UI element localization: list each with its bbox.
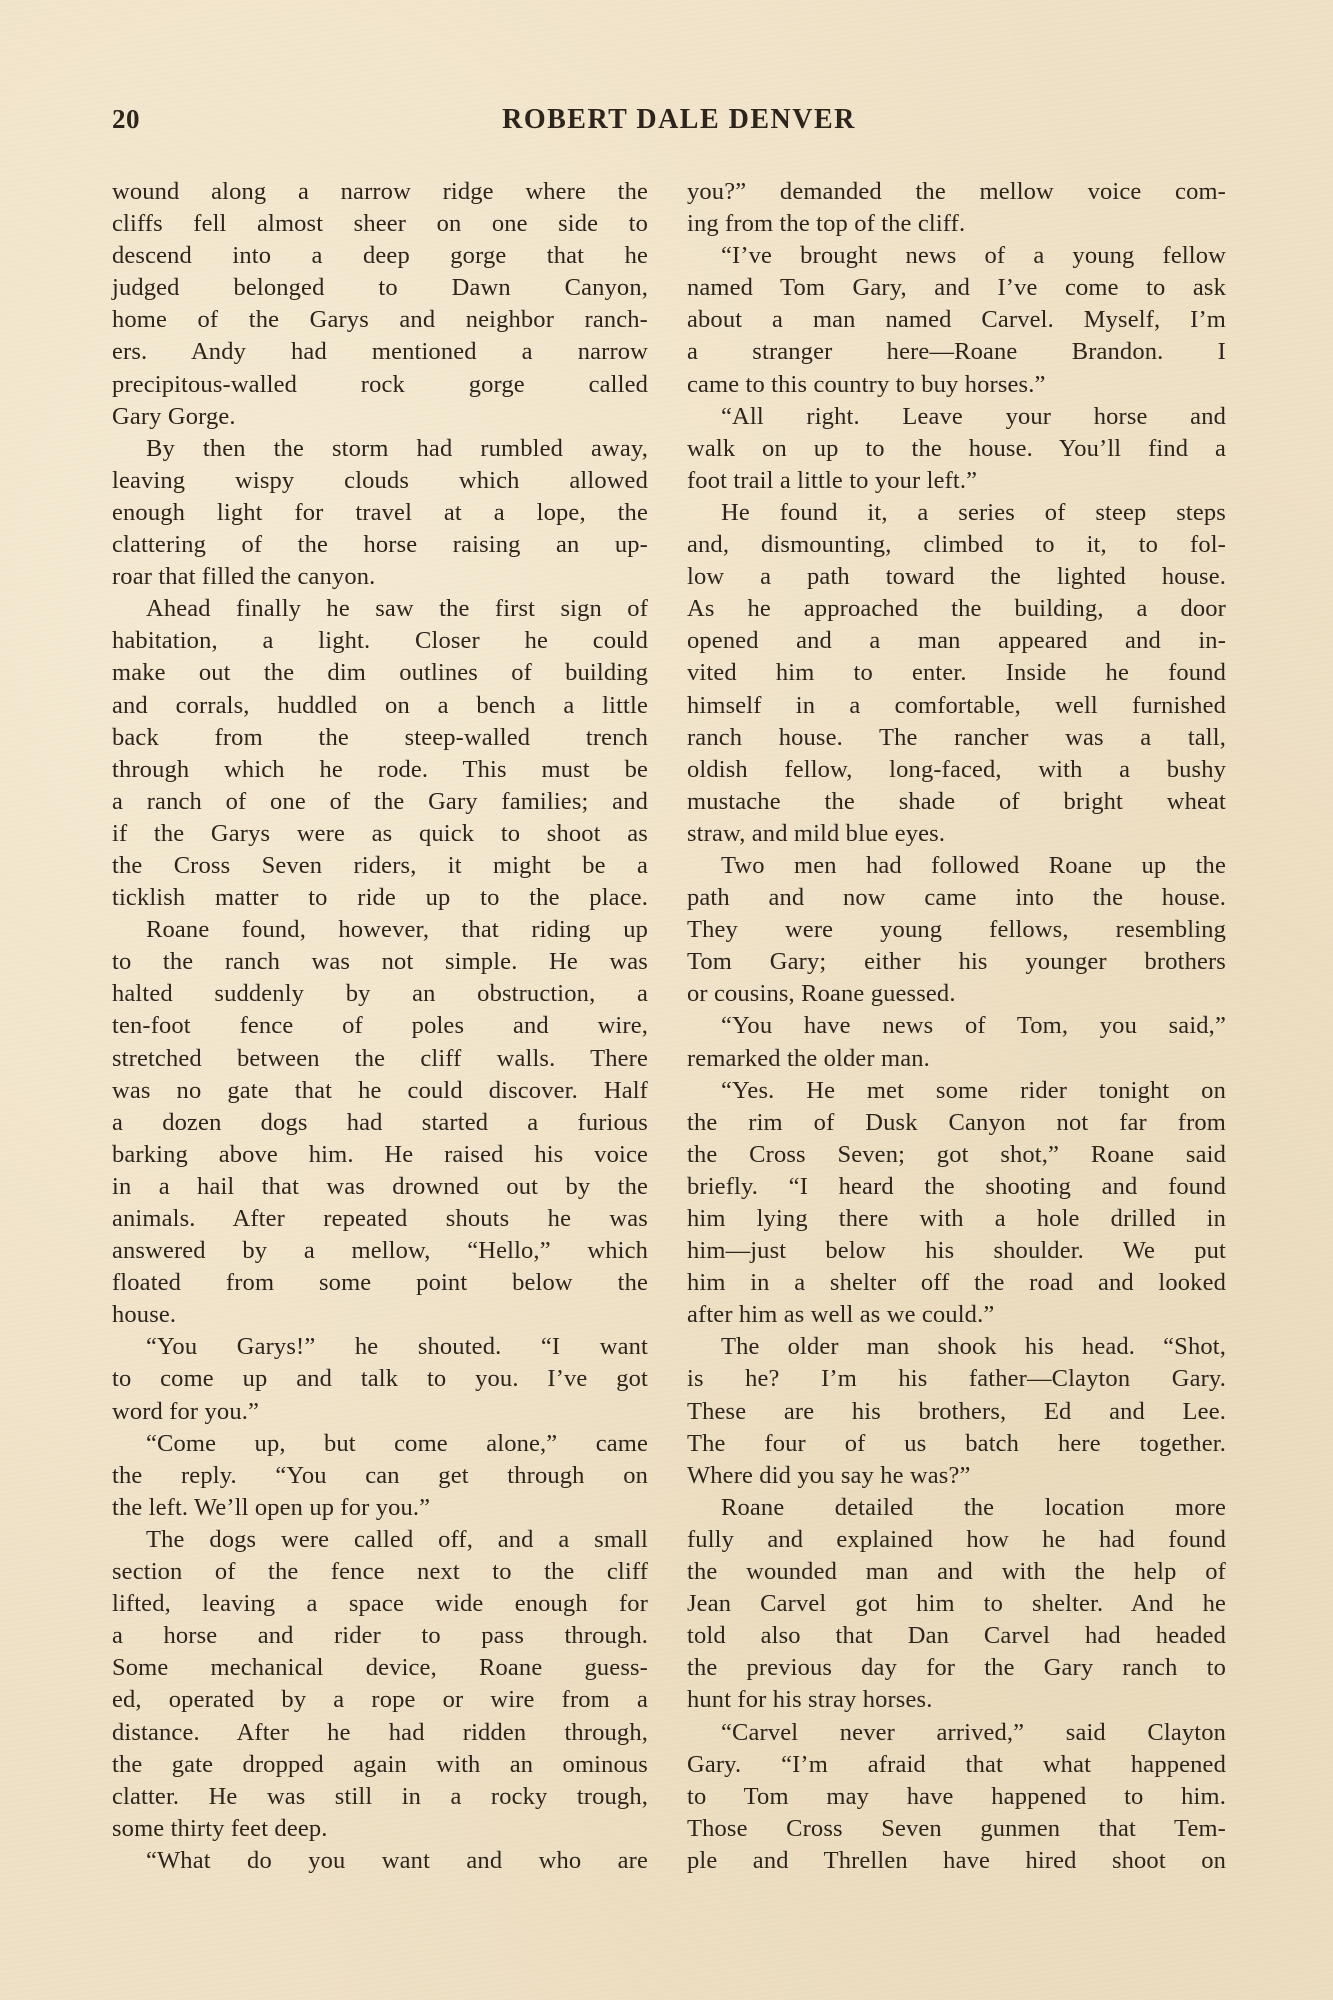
text-line: Gary Gorge. — [112, 401, 648, 433]
text-line: a ranch of one of the Gary families; and — [112, 786, 648, 818]
text-line: a stranger here—Roane Brandon. I — [687, 336, 1226, 368]
text-line: the Cross Seven riders, it might be a — [112, 850, 648, 882]
text-line: hunt for his stray horses. — [687, 1684, 1226, 1716]
text-line: Jean Carvel got him to shelter. And he — [687, 1588, 1226, 1620]
text-line: oldish fellow, long-faced, with a bushy — [687, 754, 1226, 786]
text-line: in a hail that was drowned out by the — [112, 1171, 648, 1203]
text-line: lifted, leaving a space wide enough for — [112, 1588, 648, 1620]
text-line: about a man named Carvel. Myself, I’m — [687, 304, 1226, 336]
text-line: answered by a mellow, “Hello,” which — [112, 1235, 648, 1267]
text-line: foot trail a little to your left.” — [687, 465, 1226, 497]
text-line: distance. After he had ridden through, — [112, 1717, 648, 1749]
text-line: if the Garys were as quick to shoot as — [112, 818, 648, 850]
text-line: the rim of Dusk Canyon not far from — [687, 1107, 1226, 1139]
text-line: cliffs fell almost sheer on one side to — [112, 208, 648, 240]
text-line: Roane detailed the location more — [687, 1492, 1226, 1524]
text-line: “You Garys!” he shouted. “I want — [112, 1331, 648, 1363]
text-line: a dozen dogs had started a furious — [112, 1107, 648, 1139]
text-line: himself in a comfortable, well furnished — [687, 690, 1226, 722]
text-line: low a path toward the lighted house. — [687, 561, 1226, 593]
text-line: told also that Dan Carvel had headed — [687, 1620, 1226, 1652]
text-line: word for you.” — [112, 1396, 648, 1428]
text-line: “You have news of Tom, you said,” — [687, 1010, 1226, 1042]
text-line: leaving wispy clouds which allowed — [112, 465, 648, 497]
text-line: “All right. Leave your horse and — [687, 401, 1226, 433]
text-line: to come up and talk to you. I’ve got — [112, 1363, 648, 1395]
text-line: a horse and rider to pass through. — [112, 1620, 648, 1652]
text-line: barking above him. He raised his voice — [112, 1139, 648, 1171]
text-line: “What do you want and who are — [112, 1845, 648, 1877]
text-line: fully and explained how he had found — [687, 1524, 1226, 1556]
text-line: and, dismounting, climbed to it, to fol- — [687, 529, 1226, 561]
text-line: opened and a man appeared and in- — [687, 625, 1226, 657]
text-line: Ahead finally he saw the first sign of — [112, 593, 648, 625]
text-line: Those Cross Seven gunmen that Tem- — [687, 1813, 1226, 1845]
text-line: roar that filled the canyon. — [112, 561, 648, 593]
left-column: wound along a narrow ridge where theclif… — [112, 176, 648, 1877]
text-line: ing from the top of the cliff. — [687, 208, 1226, 240]
text-line: some thirty feet deep. — [112, 1813, 648, 1845]
text-line: was no gate that he could discover. Half — [112, 1075, 648, 1107]
text-line: after him as well as we could.” — [687, 1299, 1226, 1331]
text-line: ple and Threllen have hired shoot on — [687, 1845, 1226, 1877]
text-line: house. — [112, 1299, 648, 1331]
text-line: floated from some point below the — [112, 1267, 648, 1299]
running-head: 20 ROBERT DALE DENVER — [112, 104, 1226, 144]
text-line: The older man shook his head. “Shot, — [687, 1331, 1226, 1363]
text-line: precipitous-walled rock gorge called — [112, 369, 648, 401]
text-line: The dogs were called off, and a small — [112, 1524, 648, 1556]
text-line: remarked the older man. — [687, 1043, 1226, 1075]
text-line: Roane found, however, that riding up — [112, 914, 648, 946]
text-line: “Carvel never arrived,” said Clayton — [687, 1717, 1226, 1749]
text-line: “Yes. He met some rider tonight on — [687, 1075, 1226, 1107]
text-line: These are his brothers, Ed and Lee. — [687, 1396, 1226, 1428]
text-line: Gary. “I’m afraid that what happened — [687, 1749, 1226, 1781]
text-line: back from the steep-walled trench — [112, 722, 648, 754]
text-line: the left. We’ll open up for you.” — [112, 1492, 648, 1524]
text-line: ers. Andy had mentioned a narrow — [112, 336, 648, 368]
text-line: path and now came into the house. — [687, 882, 1226, 914]
text-line: to Tom may have happened to him. — [687, 1781, 1226, 1813]
text-line: make out the dim outlines of building — [112, 657, 648, 689]
running-title: ROBERT DALE DENVER — [112, 104, 1226, 136]
text-line: descend into a deep gorge that he — [112, 240, 648, 272]
text-line: named Tom Gary, and I’ve come to ask — [687, 272, 1226, 304]
text-line: came to this country to buy horses.” — [687, 369, 1226, 401]
text-line: He found it, a series of steep steps — [687, 497, 1226, 529]
text-line: The four of us batch here together. — [687, 1428, 1226, 1460]
text-line: wound along a narrow ridge where the — [112, 176, 648, 208]
text-line: ed, operated by a rope or wire from a — [112, 1684, 648, 1716]
book-page: 20 ROBERT DALE DENVER wound along a narr… — [0, 0, 1333, 2000]
text-line: ticklish matter to ride up to the place. — [112, 882, 648, 914]
text-line: habitation, a light. Closer he could — [112, 625, 648, 657]
text-line: him in a shelter off the road and looked — [687, 1267, 1226, 1299]
text-line: through which he rode. This must be — [112, 754, 648, 786]
text-line: or cousins, Roane guessed. — [687, 978, 1226, 1010]
text-line: Tom Gary; either his younger brothers — [687, 946, 1226, 978]
text-line: judged belonged to Dawn Canyon, — [112, 272, 648, 304]
text-line: ranch house. The rancher was a tall, — [687, 722, 1226, 754]
text-line: They were young fellows, resembling — [687, 914, 1226, 946]
text-line: the wounded man and with the help of — [687, 1556, 1226, 1588]
text-line: you?” demanded the mellow voice com- — [687, 176, 1226, 208]
text-line: the previous day for the Gary ranch to — [687, 1652, 1226, 1684]
text-line: “I’ve brought news of a young fellow — [687, 240, 1226, 272]
text-line: mustache the shade of bright wheat — [687, 786, 1226, 818]
text-line: home of the Garys and neighbor ranch- — [112, 304, 648, 336]
text-line: As he approached the building, a door — [687, 593, 1226, 625]
text-line: animals. After repeated shouts he was — [112, 1203, 648, 1235]
text-line: Two men had followed Roane up the — [687, 850, 1226, 882]
text-line: straw, and mild blue eyes. — [687, 818, 1226, 850]
text-line: ten-foot fence of poles and wire, — [112, 1010, 648, 1042]
text-line: Where did you say he was?” — [687, 1460, 1226, 1492]
text-line: stretched between the cliff walls. There — [112, 1043, 648, 1075]
text-line: clatter. He was still in a rocky trough, — [112, 1781, 648, 1813]
text-line: him lying there with a hole drilled in — [687, 1203, 1226, 1235]
text-line: clattering of the horse raising an up- — [112, 529, 648, 561]
text-line: Some mechanical device, Roane guess- — [112, 1652, 648, 1684]
right-column: you?” demanded the mellow voice com-ing … — [687, 176, 1226, 1877]
text-line: the Cross Seven; got shot,” Roane said — [687, 1139, 1226, 1171]
text-line: By then the storm had rumbled away, — [112, 433, 648, 465]
text-line: to the ranch was not simple. He was — [112, 946, 648, 978]
text-line: enough light for travel at a lope, the — [112, 497, 648, 529]
text-line: is he? I’m his father—Clayton Gary. — [687, 1363, 1226, 1395]
text-line: “Come up, but come alone,” came — [112, 1428, 648, 1460]
text-line: him—just below his shoulder. We put — [687, 1235, 1226, 1267]
text-line: briefly. “I heard the shooting and found — [687, 1171, 1226, 1203]
text-line: the gate dropped again with an ominous — [112, 1749, 648, 1781]
text-line: halted suddenly by an obstruction, a — [112, 978, 648, 1010]
text-line: and corrals, huddled on a bench a little — [112, 690, 648, 722]
text-line: vited him to enter. Inside he found — [687, 657, 1226, 689]
text-line: walk on up to the house. You’ll find a — [687, 433, 1226, 465]
text-line: section of the fence next to the cliff — [112, 1556, 648, 1588]
text-line: the reply. “You can get through on — [112, 1460, 648, 1492]
